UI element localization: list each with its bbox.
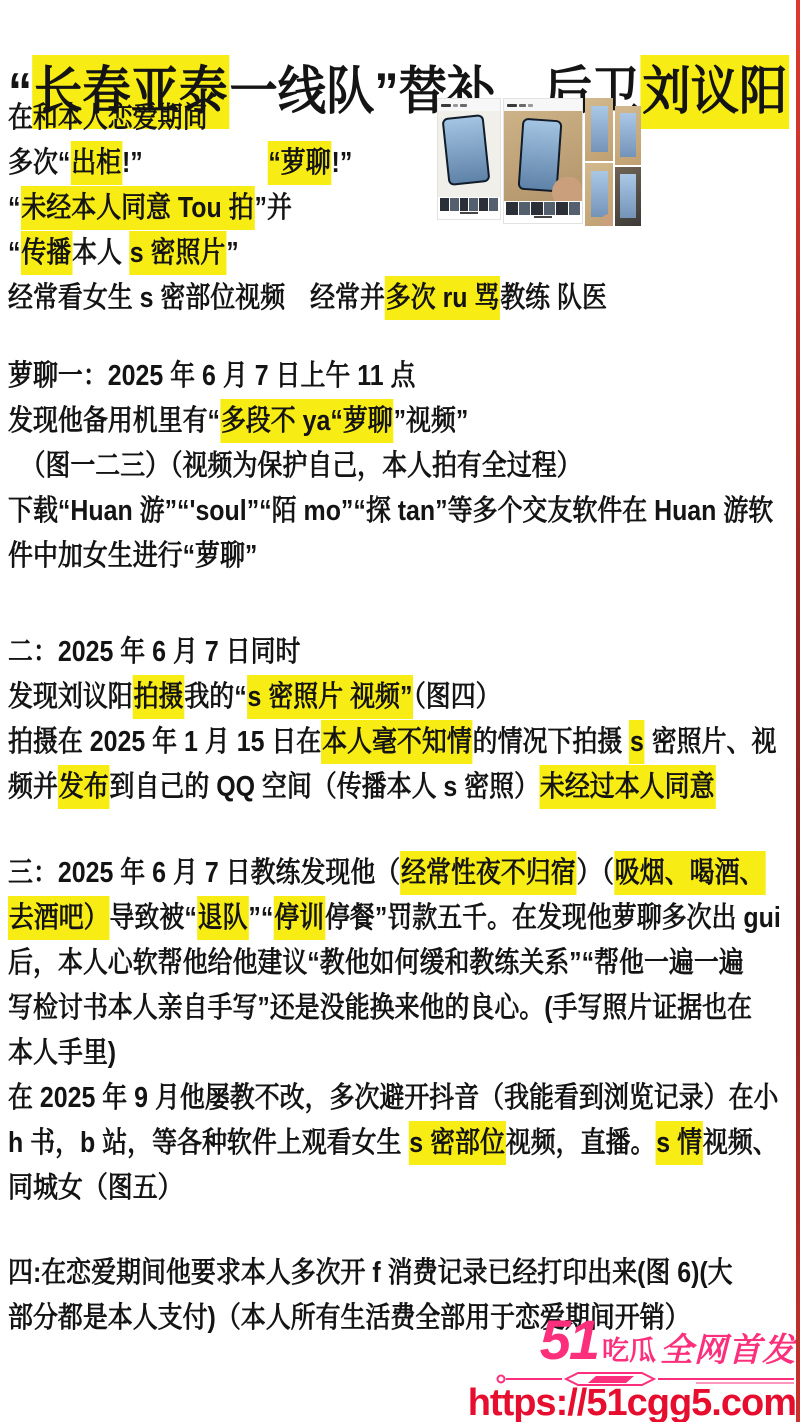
paragraph-luoliao-1: 萝聊一：2025 年 6 月 7 日上午 11 点发现他备用机里有“多段不 ya… bbox=[8, 354, 800, 579]
watermark: 51 吃瓜 全网首发 https://51cgg5.com bbox=[468, 1312, 796, 1422]
text-segment: 导致被“ bbox=[109, 902, 196, 934]
brand-tagline: 全网首发 bbox=[660, 1333, 796, 1368]
text-line: 写检讨书本人亲自手写”还是没能换来他的良心。(手写照片证据也在 bbox=[8, 986, 781, 1031]
text-segment: 本人手里) bbox=[8, 1037, 116, 1069]
text-segment: 件中加女生进行“萝聊” bbox=[8, 540, 257, 572]
paragraph-intro: 在和本人恋爱期间多次“出柜!” “萝聊!”“未经本人同意 Tou 拍”并“传播本… bbox=[8, 96, 704, 321]
text-line: 同城女（图五） bbox=[8, 1166, 781, 1211]
text-line: 四:在恋爱期间他要求本人多次开 f 消费记录已经打印出来(图 6)(大 bbox=[8, 1251, 733, 1296]
text-line: 在 2025 年 9 月他屡教不改，多次避开抖音（我能看到浏览记录）在小 bbox=[8, 1076, 781, 1121]
highlighted-text: s bbox=[629, 720, 645, 764]
text-segment: 视频，直播。 bbox=[506, 1127, 656, 1159]
watermark-brand: 51 吃瓜 全网首发 bbox=[468, 1312, 796, 1368]
text-line: 下载“Huan 游”“'soul”“陌 mo”“探 tan”等多个交友软件在 H… bbox=[8, 489, 773, 534]
highlighted-text: 多段不 ya“萝聊 bbox=[220, 399, 394, 443]
text-segment: 拍摄在 2025 年 1 月 15 日在 bbox=[8, 726, 321, 758]
text-segment: 写检讨书本人亲自手写”还是没能换来他的良心。(手写照片证据也在 bbox=[8, 992, 752, 1024]
text-segment: 密照片、视 bbox=[645, 726, 777, 758]
paragraph-section-2: 二：2025 年 6 月 7 日同时发现刘议阳拍摄我的“s 密照片 视频”（图四… bbox=[8, 630, 800, 810]
highlighted-text: 吸烟、喝酒、 bbox=[614, 851, 765, 895]
text-segment: 的情况下拍摄 bbox=[473, 726, 630, 758]
text-line: 二：2025 年 6 月 7 日同时 bbox=[8, 630, 776, 675]
text-segment: ”“ bbox=[248, 902, 273, 934]
text-line: 频并发布到自己的 QQ 空间（传播本人 s 密照）未经过本人同意 bbox=[8, 765, 776, 810]
text-segment: 频并 bbox=[8, 771, 58, 803]
text-segment: ”视频” bbox=[394, 405, 469, 437]
highlighted-text: s 密照片 视频” bbox=[247, 675, 414, 719]
brand-chigua-label: 吃瓜 bbox=[602, 1338, 656, 1368]
highlighted-text: “萝聊 bbox=[267, 141, 331, 185]
highlighted-text: 本人毫不知情 bbox=[321, 720, 472, 764]
text-segment: 我的“ bbox=[184, 681, 246, 713]
text-segment: 视频、 bbox=[703, 1127, 778, 1159]
text-segment: 下载“Huan 游”“'soul”“陌 mo”“探 tan”等多个交友软件在 H… bbox=[8, 495, 773, 527]
text-line: 萝聊一：2025 年 6 月 7 日上午 11 点 bbox=[8, 354, 773, 399]
text-segment: !” bbox=[332, 147, 353, 179]
text-line: 件中加女生进行“萝聊” bbox=[8, 534, 773, 579]
text-line: 去酒吧）导致被“退队”“停训停餐”罚款五千。在发现他萝聊多次出 gui bbox=[8, 896, 781, 941]
highlighted-text: 多次 ru 骂 bbox=[385, 276, 500, 320]
text-line: “传播本人 s 密照片” bbox=[8, 231, 607, 276]
text-line: 经常看女生 s 密部位视频 经常并多次 ru 骂教练 队医 bbox=[8, 276, 607, 321]
text-segment: 发现刘议阳 bbox=[8, 681, 133, 713]
highlighted-text: 未经过本人同意 bbox=[539, 765, 715, 809]
text-segment: !” bbox=[122, 147, 143, 179]
text-line: 发现刘议阳拍摄我的“s 密照片 视频”（图四） bbox=[8, 675, 776, 720]
text-segment: 到自己的 QQ 空间（传播本人 s 密照） bbox=[110, 771, 540, 803]
highlighted-text: 退队 bbox=[197, 896, 249, 940]
highlighted-text: s 情 bbox=[655, 1121, 702, 1165]
text-segment: 教练 队医 bbox=[500, 282, 607, 314]
highlighted-text: 去酒吧） bbox=[8, 896, 109, 940]
highlighted-text: 传播 bbox=[20, 231, 72, 275]
highlighted-text: 未经本人同意 Tou 拍 bbox=[20, 186, 254, 230]
text-segment: 萝聊一：2025 年 6 月 7 日上午 11 点 bbox=[8, 360, 415, 392]
red-edge-strip bbox=[796, 0, 800, 1422]
text-line: 后，本人心软帮他给他建议“教他如何缓和教练关系”“帮他一遍一遍 bbox=[8, 941, 781, 986]
text-segment: 发现他备用机里有“ bbox=[8, 405, 220, 437]
watermark-url: https://51cgg5.com bbox=[468, 1386, 796, 1422]
text-segment: 在和本人恋爱期间 bbox=[8, 102, 208, 134]
highlighted-text: s 密照片 bbox=[129, 231, 226, 275]
text-segment: 后，本人心软帮他给他建议“教他如何缓和教练关系”“帮他一遍一遍 bbox=[8, 947, 744, 979]
text-line: 拍摄在 2025 年 1 月 15 日在本人毫不知情的情况下拍摄 s 密照片、视 bbox=[8, 720, 776, 765]
text-segment: 在 2025 年 9 月他屡教不改，多次避开抖音（我能看到浏览记录）在小 bbox=[8, 1082, 778, 1114]
text-segment: 本人 bbox=[72, 237, 129, 269]
brand-51-logo: 51 bbox=[540, 1312, 598, 1368]
text-line: h 书，b 站，等各种软件上观看女生 s 密部位视频，直播。s 情视频、 bbox=[8, 1121, 781, 1166]
highlighted-text: 经常性夜不归宿 bbox=[400, 851, 576, 895]
text-segment: “ bbox=[8, 192, 20, 224]
text-segment: ” bbox=[226, 237, 238, 269]
text-segment: 停餐”罚款五千。在发现他萝聊多次出 gui bbox=[325, 902, 781, 934]
highlighted-text: s 密部位 bbox=[408, 1121, 505, 1165]
highlighted-text: 发布 bbox=[58, 765, 110, 809]
text-segment: “ bbox=[8, 237, 20, 269]
text-line: 本人手里) bbox=[8, 1031, 781, 1076]
highlighted-text: 出柜 bbox=[70, 141, 122, 185]
highlighted-text: 拍摄 bbox=[133, 675, 185, 719]
text-segment: 二：2025 年 6 月 7 日同时 bbox=[8, 636, 300, 668]
text-segment: ）（ bbox=[577, 857, 614, 889]
text-segment: （图四） bbox=[413, 681, 500, 713]
text-segment: 同城女（图五） bbox=[8, 1172, 183, 1204]
text-segment: h 书，b 站，等各种软件上观看女生 bbox=[8, 1127, 408, 1159]
text-line: 发现他备用机里有“多段不 ya“萝聊”视频” bbox=[8, 399, 773, 444]
gossip-post-image: { "colors":{ "highlight":"#f7ec13", "tex… bbox=[0, 0, 800, 1422]
text-segment: 经常看女生 s 密部位视频 经常并 bbox=[8, 282, 385, 314]
text-line: 多次“出柜!” “萝聊!” bbox=[8, 141, 607, 186]
text-line: （图一二三）（视频为保护自己，本人拍有全过程） bbox=[8, 444, 773, 489]
text-line: 在和本人恋爱期间 bbox=[8, 96, 607, 141]
text-segment: ”并 bbox=[254, 192, 291, 224]
text-segment: （图一二三）（视频为保护自己，本人拍有全过程） bbox=[8, 450, 582, 482]
paragraph-section-3: 三：2025 年 6 月 7 日教练发现他（经常性夜不归宿）（吸烟、喝酒、去酒吧… bbox=[8, 851, 800, 1211]
text-segment bbox=[143, 147, 268, 179]
highlighted-text: 停训 bbox=[273, 896, 325, 940]
text-line: “未经本人同意 Tou 拍”并 bbox=[8, 186, 607, 231]
text-segment: 多次“ bbox=[8, 147, 70, 179]
text-line: 三：2025 年 6 月 7 日教练发现他（经常性夜不归宿）（吸烟、喝酒、 bbox=[8, 851, 781, 896]
text-segment: 四:在恋爱期间他要求本人多次开 f 消费记录已经打印出来(图 6)(大 bbox=[8, 1257, 733, 1289]
text-segment: 三：2025 年 6 月 7 日教练发现他（ bbox=[8, 857, 400, 889]
